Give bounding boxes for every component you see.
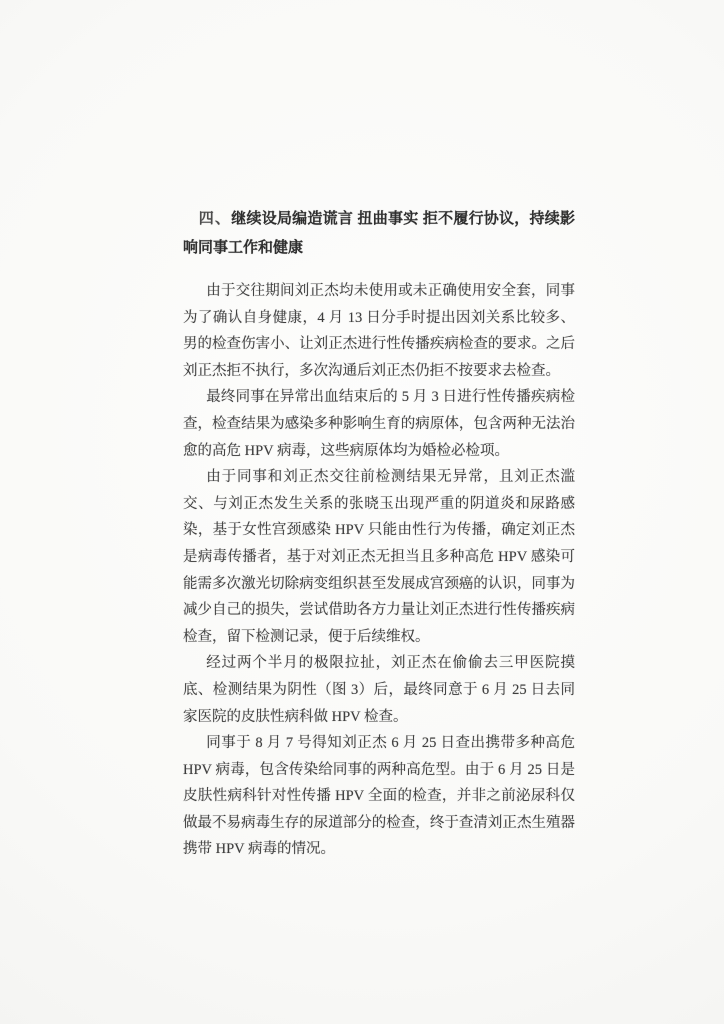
paragraph-june25-agreement: 经过两个半月的极限拉扯，刘正杰在偷偷去三甲医院摸底、检测结果为阴性（图 3）后，… (183, 650, 575, 730)
document-content: 四、继续设局编造谎言 扭曲事实 拒不履行协议，持续影响同事工作和健康 由于交往期… (183, 204, 575, 863)
paragraph-aug7-findings: 同事于 8 月 7 号得知刘正杰 6 月 25 日查出携带多种高危 HPV 病毒… (183, 730, 575, 863)
paragraph-condom-dispute: 由于交往期间刘正杰均未使用或未正确使用安全套，同事为了确认自身健康，4 月 13… (183, 278, 575, 384)
section-number: 四、 (199, 210, 231, 227)
paragraph-may3-test-result: 最终同事在异常出血结束后的 5 月 3 日进行性传播疾病检查，检查结果为感染多种… (183, 384, 575, 464)
section-title: 继续设局编造谎言 扭曲事实 拒不履行协议，持续影响同事工作和健康 (183, 210, 575, 256)
section-heading: 四、继续设局编造谎言 扭曲事实 拒不履行协议，持续影响同事工作和健康 (183, 204, 575, 262)
paragraph-infection-reasoning: 由于同事和刘正杰交往前检测结果无异常，且刘正杰滥交、与刘正杰发生关系的张晓玉出现… (183, 464, 575, 650)
document-page: 四、继续设局编造谎言 扭曲事实 拒不履行协议，持续影响同事工作和健康 由于交往期… (0, 0, 724, 1024)
